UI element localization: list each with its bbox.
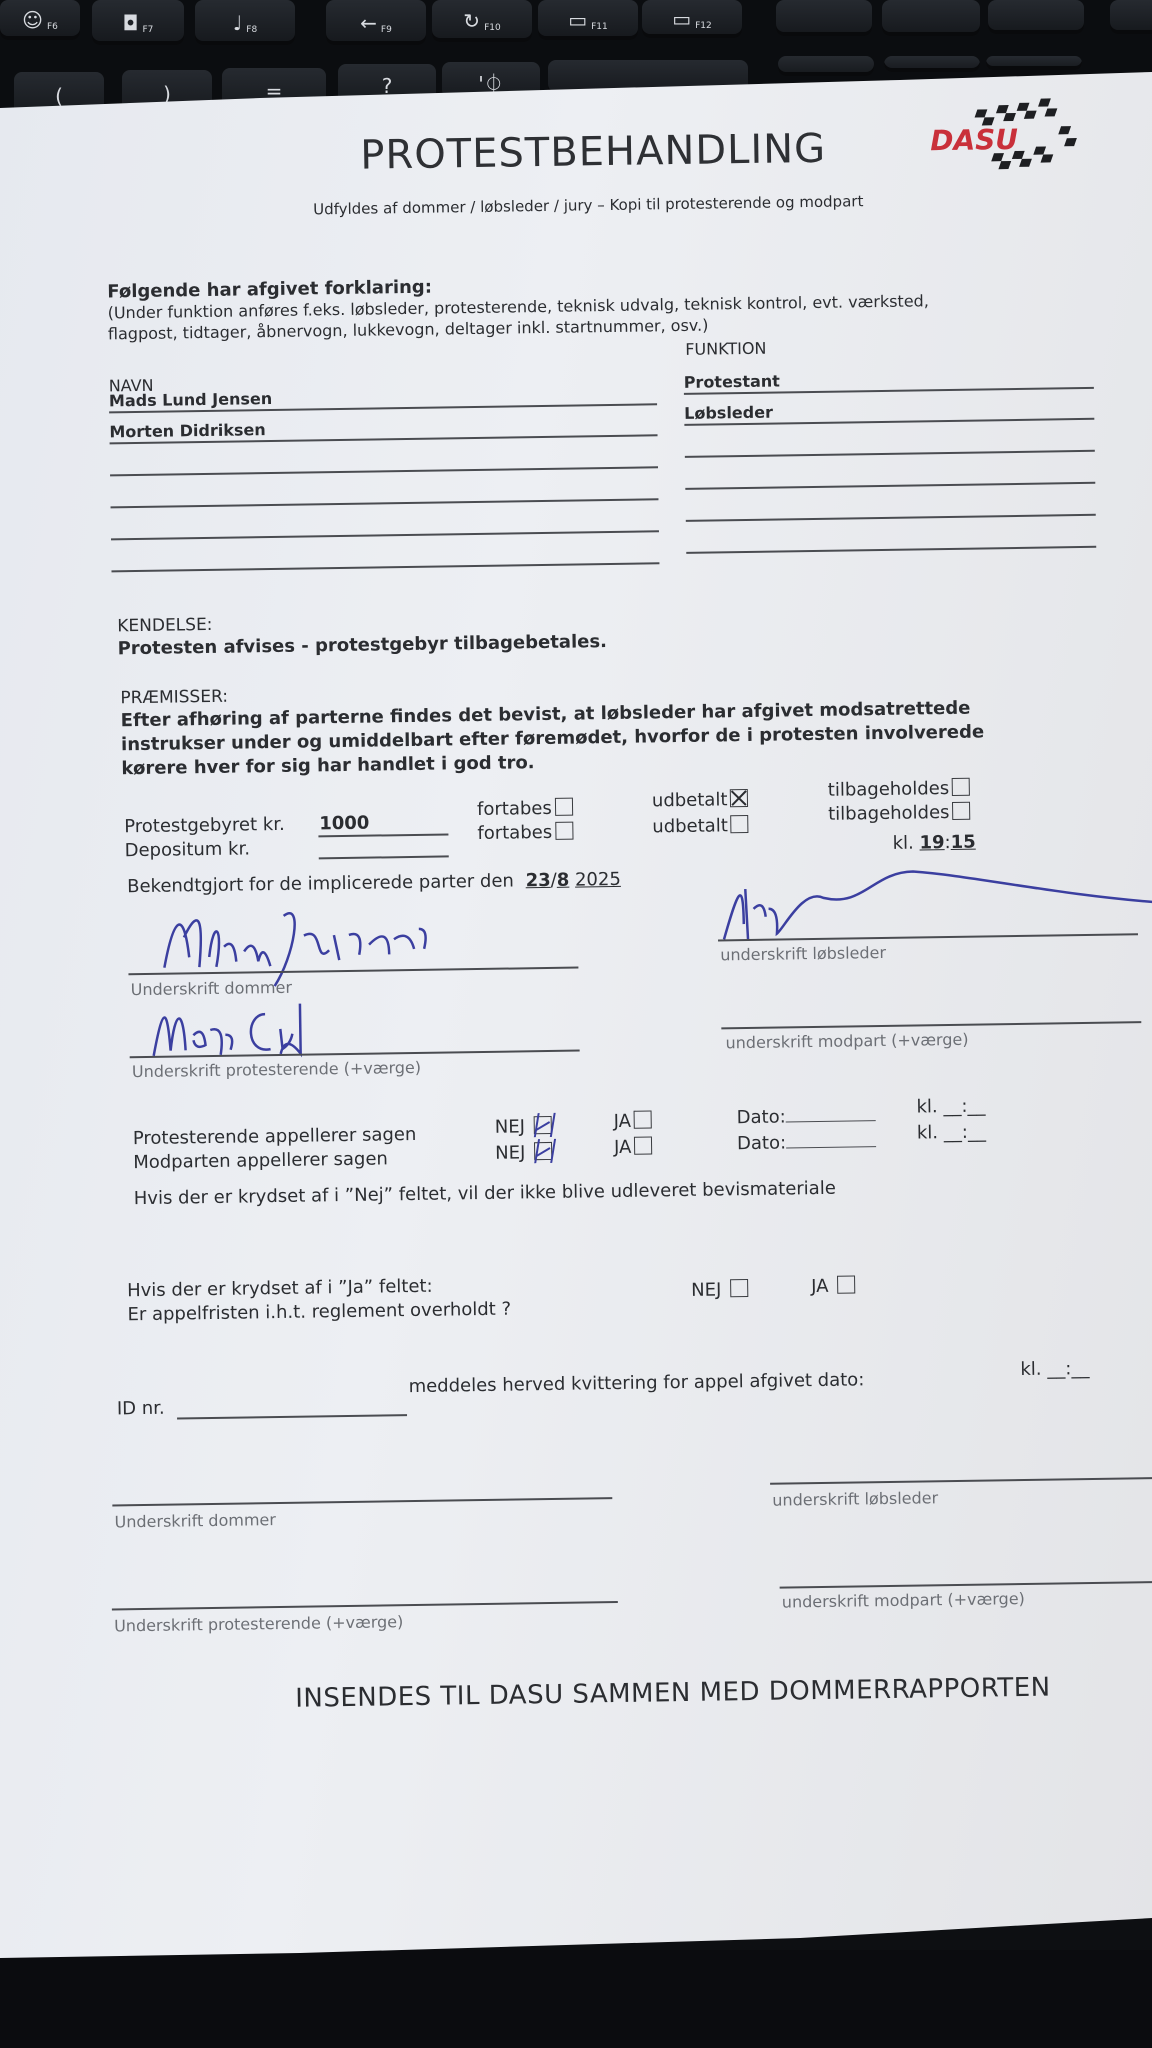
appeal-protester-date[interactable]: [786, 1120, 876, 1122]
announce-day[interactable]: 23: [525, 870, 550, 891]
appeal-counterparty-no-checkbox[interactable]: [534, 1142, 552, 1160]
appeal-protester-yes-checkbox[interactable]: [634, 1110, 652, 1128]
deadline-yes-checkbox[interactable]: [837, 1275, 855, 1293]
ja-section-heading: Hvis der er krydset af i ”Ja” feltet:: [127, 1276, 433, 1302]
deposit-field[interactable]: [319, 855, 449, 858]
receipt-id-field[interactable]: [177, 1414, 407, 1419]
appeal-counterparty-date[interactable]: [786, 1146, 876, 1148]
sig2-counterparty-line[interactable]: [780, 1581, 1152, 1588]
appeal-protester-time[interactable]: __:__: [943, 1096, 985, 1118]
column-function-header: FUNKTION: [685, 339, 766, 359]
sig2-judge-line[interactable]: [112, 1497, 612, 1506]
receipt-text: meddeles herved kvittering for appel afg…: [408, 1369, 864, 1397]
announce-year[interactable]: 2025: [575, 869, 621, 891]
fee-forfeited-checkbox[interactable]: [555, 798, 573, 816]
appeal-counterparty-time[interactable]: __:__: [944, 1122, 986, 1144]
protest-form: PROTESTBEHANDLING Udfyldes af dommer / l…: [0, 0, 1152, 2048]
deposit-forfeited-label: fortabes: [477, 822, 552, 844]
deposit-forfeited-checkbox[interactable]: [555, 822, 573, 840]
time-hour[interactable]: 19: [919, 832, 944, 853]
sig2-race-director-line[interactable]: [770, 1477, 1152, 1484]
appeal-protester-label: Protesterende appellerer sagen: [133, 1124, 417, 1149]
form-title: PROTESTBEHANDLING: [360, 126, 826, 179]
deposit-paid-checkbox[interactable]: [731, 815, 749, 833]
receipt-id-label: ID nr.: [117, 1398, 165, 1420]
fee-withheld-checkbox[interactable]: [952, 778, 970, 796]
sig2-judge-label: Underskrift dommer: [114, 1510, 276, 1531]
party-name[interactable]: Mads Lund Jensen: [109, 389, 272, 410]
verdict-label: KENDELSE:: [117, 615, 212, 636]
party-function[interactable]: Protestant: [684, 371, 780, 391]
protest-fee-label: Protestgebyret kr.: [124, 814, 285, 837]
announce-month[interactable]: 8: [557, 870, 570, 891]
fee-withheld-label: tilbageholdes: [828, 778, 950, 801]
appeal-note: Hvis der er krydset af i ”Nej” feltet, v…: [134, 1178, 836, 1209]
sig2-counterparty-label: underskrift modpart (+værge): [782, 1589, 1025, 1612]
form-subtitle: Udfyldes af dommer / løbsleder / jury – …: [313, 192, 864, 218]
ja-section-question: Er appelfristen i.h.t. reglement overhol…: [127, 1299, 511, 1326]
svg-text:DASU: DASU: [930, 123, 1019, 157]
fee-forfeited-label: fortabes: [477, 798, 552, 820]
time-minute[interactable]: 15: [950, 832, 975, 853]
sig-counterparty-line[interactable]: [721, 1021, 1141, 1029]
dasu-logo: DASU: [924, 96, 1095, 179]
deadline-no-checkbox[interactable]: [730, 1279, 748, 1297]
appeal-counterparty-label: Modparten appellerer sagen: [133, 1148, 388, 1173]
appeal-counterparty-yes-checkbox[interactable]: [634, 1136, 652, 1154]
receipt-time[interactable]: __:__: [1047, 1358, 1089, 1380]
deposit-paid-label: udbetalt: [652, 815, 728, 837]
party-name[interactable]: Morten Didriksen: [109, 420, 266, 441]
sig2-race-director-label: underskrift løbsleder: [772, 1488, 938, 1509]
protest-fee-value[interactable]: 1000: [319, 813, 369, 835]
deposit-withheld-label: tilbageholdes: [828, 802, 950, 825]
footer-instruction: INSENDES TIL DASU SAMMEN MED DOMMERRAPPO…: [295, 1673, 1051, 1714]
sig-protester-label: Underskrift protesterende (+værge): [132, 1058, 421, 1081]
premises-label: PRÆMISSER:: [120, 687, 228, 709]
appeal-protester-no-checkbox[interactable]: [534, 1116, 552, 1134]
sig-race-director-label: underskrift løbsleder: [720, 943, 886, 964]
premises-line-3: kørere hver for sig har handlet i god tr…: [121, 752, 534, 779]
verdict-text: Protesten afvises - protestgebyr tilbage…: [117, 631, 607, 659]
fee-paid-label: udbetalt: [652, 789, 728, 811]
announce-line: Bekendtgjort for de implicerede parter d…: [127, 869, 621, 897]
sig2-protester-line[interactable]: [112, 1601, 618, 1610]
sig2-protester-label: Underskrift protesterende (+værge): [114, 1612, 403, 1635]
fee-paid-checkbox[interactable]: [730, 789, 748, 807]
deposit-withheld-checkbox[interactable]: [952, 802, 970, 820]
deposit-label: Depositum kr.: [124, 838, 250, 861]
announce-time: kl. 19:15: [892, 832, 975, 854]
party-function[interactable]: Løbsleder: [684, 403, 773, 423]
sig-counterparty-label: underskrift modpart (+værge): [725, 1030, 968, 1053]
